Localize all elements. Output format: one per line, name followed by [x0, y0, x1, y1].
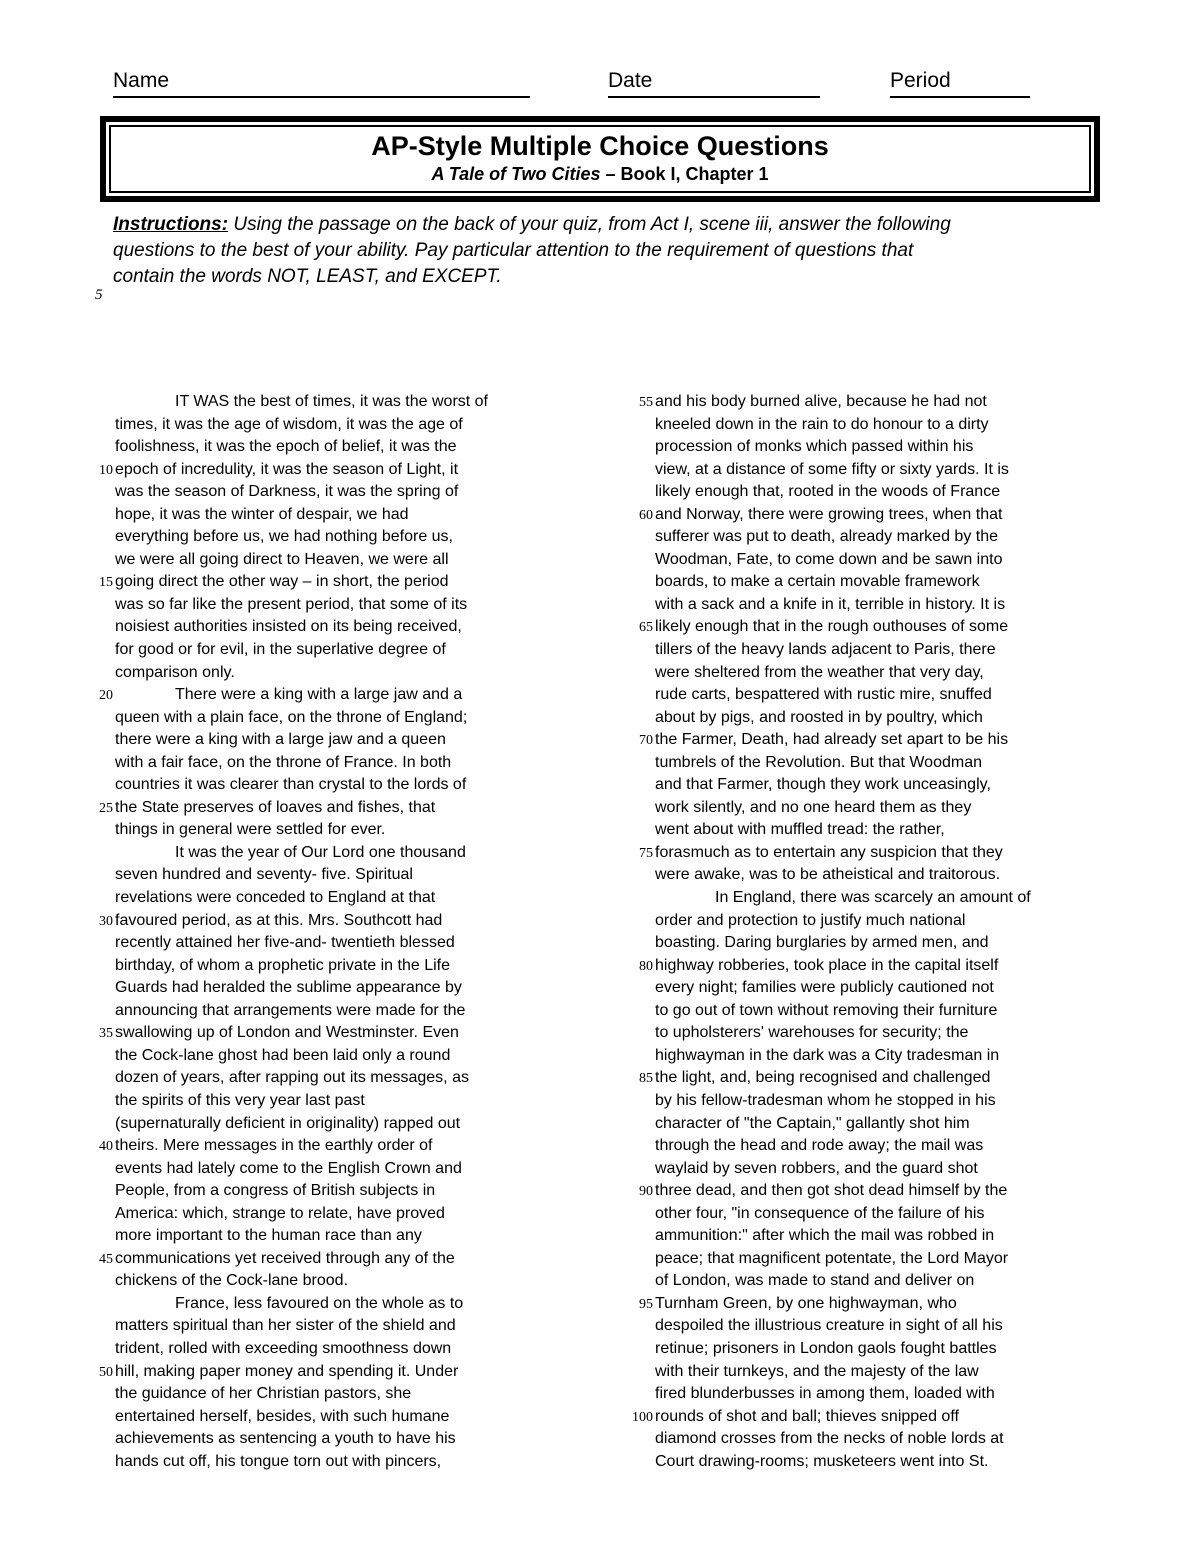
passage-line: character of "the Captain," gallantly sh… — [655, 1113, 1125, 1136]
passage-line-text: birthday, of whom a prophetic private in… — [115, 957, 450, 974]
passage-line: It was the year of Our Lord one thousand — [115, 842, 585, 865]
passage-line-text: and Norway, there were growing trees, wh… — [655, 506, 1002, 523]
passage-line-text: queen with a plain face, on the throne o… — [115, 709, 467, 726]
line-number: 30 — [99, 911, 113, 934]
passage-line: we were all going direct to Heaven, we w… — [115, 549, 585, 572]
passage-line: noisiest authorities insisted on its bei… — [115, 616, 585, 639]
passage-line-text: the guidance of her Christian pastors, s… — [115, 1385, 411, 1402]
passage-line: entertained herself, besides, with such … — [115, 1406, 585, 1429]
passage-line-text: procession of monks which passed within … — [655, 438, 973, 455]
passage-line: hope, it was the winter of despair, we h… — [115, 504, 585, 527]
passage-line: Court drawing-rooms; musketeers went int… — [655, 1451, 1125, 1474]
passage-line-text: theirs. Mere messages in the earthly ord… — [115, 1137, 432, 1154]
passage-line: order and protection to justify much nat… — [655, 910, 1125, 933]
passage-line: 10epoch of incredulity, it was the seaso… — [115, 459, 585, 482]
passage-line-text: with a sack and a knife in it, terrible … — [655, 596, 1005, 613]
passage-line: tillers of the heavy lands adjacent to P… — [655, 639, 1125, 662]
line-number: 100 — [632, 1407, 653, 1430]
passage-line: to go out of town without removing their… — [655, 1000, 1125, 1023]
passage-line-text: the State preserves of loaves and fishes… — [115, 799, 435, 816]
passage-line: went about with muffled tread: the rathe… — [655, 819, 1125, 842]
passage-line: about by pigs, and roosted in by poultry… — [655, 707, 1125, 730]
passage-line: by his fellow-tradesman whom he stopped … — [655, 1090, 1125, 1113]
passage-line: America: which, strange to relate, have … — [115, 1203, 585, 1226]
passage-line-text: trident, rolled with exceeding smoothnes… — [115, 1340, 451, 1357]
passage-line: the guidance of her Christian pastors, s… — [115, 1383, 585, 1406]
passage-line-text: through the head and rode away; the mail… — [655, 1137, 983, 1154]
line-number: 60 — [639, 505, 653, 528]
passage-line: with a fair face, on the throne of Franc… — [115, 752, 585, 775]
passage-line: matters spiritual than her sister of the… — [115, 1315, 585, 1338]
line-number: 65 — [639, 617, 653, 640]
passage-line-text: swallowing up of London and Westminster.… — [115, 1024, 459, 1041]
passage-line-text: noisiest authorities insisted on its bei… — [115, 618, 462, 635]
passage-line-text: epoch of incredulity, it was the season … — [115, 461, 458, 478]
passage-line: were awake, was to be atheistical and tr… — [655, 864, 1125, 887]
passage-line-text: America: which, strange to relate, have … — [115, 1205, 445, 1222]
line-number: 35 — [99, 1023, 113, 1046]
line-number: 95 — [639, 1294, 653, 1317]
passage-line-text: three dead, and then got shot dead himse… — [655, 1182, 1007, 1199]
passage-line: fired blunderbusses in among them, loade… — [655, 1383, 1125, 1406]
passage-line: 65likely enough that in the rough outhou… — [655, 616, 1125, 639]
passage-line: seven hundred and seventy- five. Spiritu… — [115, 864, 585, 887]
passage-line: to upholsterers' warehouses for security… — [655, 1022, 1125, 1045]
instructions-label: Instructions: — [113, 214, 228, 235]
line-number: 75 — [639, 843, 653, 866]
period-label: Period — [890, 69, 951, 93]
passage-line-text: the Cock-lane ghost had been laid only a… — [115, 1047, 450, 1064]
passage-line-text: other four, "in consequence of the failu… — [655, 1205, 984, 1222]
worksheet-page: Name Date Period AP-Style Multiple Choic… — [0, 0, 1200, 1553]
instructions-text-1: Using the passage on the back of your qu… — [228, 214, 951, 235]
passage-line: 75forasmuch as to entertain any suspicio… — [655, 842, 1125, 865]
passage-line: hands cut off, his tongue torn out with … — [115, 1451, 585, 1474]
passage-line-text: the light, and, being recognised and cha… — [655, 1069, 990, 1086]
passage-line: countries it was clearer than crystal to… — [115, 774, 585, 797]
passage-line-text: chickens of the Cock-lane brood. — [115, 1272, 348, 1289]
name-field[interactable]: Name — [113, 64, 530, 98]
passage-line-text: for good or for evil, in the superlative… — [115, 641, 446, 658]
passage-line: procession of monks which passed within … — [655, 436, 1125, 459]
worksheet-subtitle: A Tale of Two Cities – Book I, Chapter 1 — [111, 163, 1089, 186]
passage-line: chickens of the Cock-lane brood. — [115, 1270, 585, 1293]
passage-line-text: There were a king with a large jaw and a — [175, 686, 462, 703]
passage-line-text: every night; families were publicly caut… — [655, 979, 994, 996]
passage-line-text: to upholsterers' warehouses for security… — [655, 1024, 968, 1041]
passage-column-left: IT WAS the best of times, it was the wor… — [115, 391, 585, 1473]
passage-line-text: was so far like the present period, that… — [115, 596, 467, 613]
passage-line-text: hope, it was the winter of despair, we h… — [115, 506, 409, 523]
passage-line: 25the State preserves of loaves and fish… — [115, 797, 585, 820]
passage-line-text: matters spiritual than her sister of the… — [115, 1317, 456, 1334]
instructions-line-2: questions to the best of your ability. P… — [113, 238, 951, 264]
passage-line-text: dozen of years, after rapping out its me… — [115, 1069, 469, 1086]
passage-line: view, at a distance of some fifty or six… — [655, 459, 1125, 482]
passage-line: Guards had heralded the sublime appearan… — [115, 977, 585, 1000]
passage-line-text: hill, making paper money and spending it… — [115, 1363, 458, 1380]
passage-line-text: communications yet received through any … — [115, 1250, 455, 1267]
passage-line: 20There were a king with a large jaw and… — [115, 684, 585, 707]
passage-line-text: highwayman in the dark was a City trades… — [655, 1047, 999, 1064]
passage-line: 30favoured period, as at this. Mrs. Sout… — [115, 910, 585, 933]
passage-line: events had lately come to the English Cr… — [115, 1158, 585, 1181]
instructions: Instructions: Using the passage on the b… — [113, 212, 951, 290]
title-box: AP-Style Multiple Choice Questions A Tal… — [100, 116, 1100, 202]
passage-line-text: recently attained her five-and- twentiet… — [115, 934, 455, 951]
line-number: 55 — [639, 392, 653, 415]
passage-line-text: entertained herself, besides, with such … — [115, 1408, 449, 1425]
passage-line-text: It was the year of Our Lord one thousand — [175, 844, 466, 861]
period-field[interactable]: Period — [890, 64, 1030, 98]
passage-line-text: work silently, and no one heard them as … — [655, 799, 971, 816]
passage-line: 35swallowing up of London and Westminste… — [115, 1022, 585, 1045]
passage-line: with a sack and a knife in it, terrible … — [655, 594, 1125, 617]
passage-line: announcing that arrangements were made f… — [115, 1000, 585, 1023]
passage-line: peace; that magnificent potentate, the L… — [655, 1248, 1125, 1271]
passage-line: queen with a plain face, on the throne o… — [115, 707, 585, 730]
passage-line: trident, rolled with exceeding smoothnes… — [115, 1338, 585, 1361]
passage-line-text: order and protection to justify much nat… — [655, 912, 965, 929]
passage-line: despoiled the illustrious creature in si… — [655, 1315, 1125, 1338]
passage-line-text: kneeled down in the rain to do honour to… — [655, 416, 989, 433]
passage-line-text: view, at a distance of some fifty or six… — [655, 461, 1009, 478]
line-number: 70 — [639, 730, 653, 753]
passage-line-text: went about with muffled tread: the rathe… — [655, 821, 945, 838]
line-number: 15 — [99, 572, 113, 595]
passage-line-text: tillers of the heavy lands adjacent to P… — [655, 641, 996, 658]
passage-line-text: Turnham Green, by one highwayman, who — [655, 1295, 957, 1312]
passage-line: IT WAS the best of times, it was the wor… — [115, 391, 585, 414]
line-number: 10 — [99, 460, 113, 483]
passage-line: the spirits of this very year last past — [115, 1090, 585, 1113]
passage-line-text: forasmuch as to entertain any suspicion … — [655, 844, 1003, 861]
passage-line-text: going direct the other way – in short, t… — [115, 573, 449, 590]
passage-line-text: sufferer was put to death, already marke… — [655, 528, 998, 545]
passage-line: and that Farmer, though they work unceas… — [655, 774, 1125, 797]
passage-line-text: Court drawing-rooms; musketeers went int… — [655, 1453, 988, 1470]
passage-line: Woodman, Fate, to come down and be sawn … — [655, 549, 1125, 572]
passage-line: recently attained her five-and- twentiet… — [115, 932, 585, 955]
passage-line-text: we were all going direct to Heaven, we w… — [115, 551, 449, 568]
date-field[interactable]: Date — [608, 64, 820, 98]
passage-line: of London, was made to stand and deliver… — [655, 1270, 1125, 1293]
passage-line: there were a king with a large jaw and a… — [115, 729, 585, 752]
passage-line-text: comparison only. — [115, 664, 235, 681]
passage-line-text: hands cut off, his tongue torn out with … — [115, 1453, 441, 1470]
passage-line: the Cock-lane ghost had been laid only a… — [115, 1045, 585, 1068]
line-number: 20 — [99, 685, 113, 708]
passage-line: dozen of years, after rapping out its me… — [115, 1067, 585, 1090]
passage-line-text: about by pigs, and roosted in by poultry… — [655, 709, 983, 726]
passage-line: 15going direct the other way – in short,… — [115, 571, 585, 594]
passage-line-text: boasting. Daring burglaries by armed men… — [655, 934, 989, 951]
passage-line: People, from a congress of British subje… — [115, 1180, 585, 1203]
passage-line: 80highway robberies, took place in the c… — [655, 955, 1125, 978]
passage-line-text: seven hundred and seventy- five. Spiritu… — [115, 866, 413, 883]
passage-line: 95Turnham Green, by one highwayman, who — [655, 1293, 1125, 1316]
passage-line: with their turnkeys, and the majesty of … — [655, 1361, 1125, 1384]
passage-line-text: France, less favoured on the whole as to — [175, 1295, 463, 1312]
passage-line-text: times, it was the age of wisdom, it was … — [115, 416, 463, 433]
passage-line: foolishness, it was the epoch of belief,… — [115, 436, 585, 459]
passage-line: (supernaturally deficient in originality… — [115, 1113, 585, 1136]
passage-line-text: more important to the human race than an… — [115, 1227, 422, 1244]
passage-line-text: announcing that arrangements were made f… — [115, 1002, 465, 1019]
passage-line-text: achievements as sentencing a youth to ha… — [115, 1430, 456, 1447]
passage-line-text: Woodman, Fate, to come down and be sawn … — [655, 551, 1002, 568]
passage-line: 45communications yet received through an… — [115, 1248, 585, 1271]
passage-line: through the head and rode away; the mail… — [655, 1135, 1125, 1158]
passage-line-text: despoiled the illustrious creature in si… — [655, 1317, 1003, 1334]
passage-line-text: ammunition:" after which the mail was ro… — [655, 1227, 994, 1244]
passage-line-text: of London, was made to stand and deliver… — [655, 1272, 974, 1289]
passage-line-text: events had lately come to the English Cr… — [115, 1160, 462, 1177]
passage-line: 50hill, making paper money and spending … — [115, 1361, 585, 1384]
passage-line-text: fired blunderbusses in among them, loade… — [655, 1385, 995, 1402]
passage-line-text: retinue; prisoners in London gaols fough… — [655, 1340, 997, 1357]
passage-line: 85the light, and, being recognised and c… — [655, 1067, 1125, 1090]
instructions-line-1: Instructions: Using the passage on the b… — [113, 212, 951, 238]
passage-line: rude carts, bespattered with rustic mire… — [655, 684, 1125, 707]
passage-line: diamond crosses from the necks of noble … — [655, 1428, 1125, 1451]
line-number: 25 — [99, 798, 113, 821]
line-number: 50 — [99, 1362, 113, 1385]
passage-line: tumbrels of the Revolution. But that Woo… — [655, 752, 1125, 775]
passage-line-text: and that Farmer, though they work unceas… — [655, 776, 991, 793]
passage-line: 70the Farmer, Death, had already set apa… — [655, 729, 1125, 752]
passage-line: was so far like the present period, that… — [115, 594, 585, 617]
passage-line: were sheltered from the weather that ver… — [655, 662, 1125, 685]
title-box-inner: AP-Style Multiple Choice Questions A Tal… — [109, 125, 1091, 193]
passage-line: In England, there was scarcely an amount… — [655, 887, 1125, 910]
passage-line: retinue; prisoners in London gaols fough… — [655, 1338, 1125, 1361]
passage-line-text: the Farmer, Death, had already set apart… — [655, 731, 1008, 748]
passage-line: 55and his body burned alive, because he … — [655, 391, 1125, 414]
passage-line-text: was the season of Darkness, it was the s… — [115, 483, 458, 500]
passage-line: things in general were settled for ever. — [115, 819, 585, 842]
line-number-5: 5 — [95, 287, 103, 304]
passage-line-text: everything before us, we had nothing bef… — [115, 528, 453, 545]
passage-line-text: diamond crosses from the necks of noble … — [655, 1430, 1004, 1447]
line-number: 80 — [639, 956, 653, 979]
line-number: 90 — [639, 1181, 653, 1204]
passage-line: revelations were conceded to England at … — [115, 887, 585, 910]
passage-line: 40theirs. Mere messages in the earthly o… — [115, 1135, 585, 1158]
book-title: A Tale of Two Cities — [431, 164, 600, 184]
passage-line-text: and his body burned alive, because he ha… — [655, 393, 987, 410]
passage-line-text: things in general were settled for ever. — [115, 821, 385, 838]
passage-line-text: countries it was clearer than crystal to… — [115, 776, 466, 793]
passage-line-text: People, from a congress of British subje… — [115, 1182, 435, 1199]
passage-line: work silently, and no one heard them as … — [655, 797, 1125, 820]
passage-line: France, less favoured on the whole as to — [115, 1293, 585, 1316]
passage-column-right: 55and his body burned alive, because he … — [655, 391, 1125, 1473]
passage-line: highwayman in the dark was a City trades… — [655, 1045, 1125, 1068]
passage-line-text: IT WAS the best of times, it was the wor… — [175, 393, 488, 410]
passage-line: likely enough that, rooted in the woods … — [655, 481, 1125, 504]
date-label: Date — [608, 69, 652, 93]
passage-line-text: favoured period, as at this. Mrs. Southc… — [115, 912, 442, 929]
passage-line: boards, to make a certain movable framew… — [655, 571, 1125, 594]
line-number: 40 — [99, 1136, 113, 1159]
passage-line: 90three dead, and then got shot dead him… — [655, 1180, 1125, 1203]
passage-line-text: rude carts, bespattered with rustic mire… — [655, 686, 992, 703]
passage-line: achievements as sentencing a youth to ha… — [115, 1428, 585, 1451]
passage-line: everything before us, we had nothing bef… — [115, 526, 585, 549]
passage-line-text: with their turnkeys, and the majesty of … — [655, 1363, 979, 1380]
passage-line-text: highway robberies, took place in the cap… — [655, 957, 998, 974]
passage-line-text: waylaid by seven robbers, and the guard … — [655, 1160, 978, 1177]
passage-line: times, it was the age of wisdom, it was … — [115, 414, 585, 437]
passage-line-text: foolishness, it was the epoch of belief,… — [115, 438, 457, 455]
name-label: Name — [113, 69, 169, 93]
passage-line-text: likely enough that in the rough outhouse… — [655, 618, 1008, 635]
passage-line-text: likely enough that, rooted in the woods … — [655, 483, 1000, 500]
passage-line-text: rounds of shot and ball; thieves snipped… — [655, 1408, 959, 1425]
passage-line: was the season of Darkness, it was the s… — [115, 481, 585, 504]
instructions-line-3: contain the words NOT, LEAST, and EXCEPT… — [113, 264, 951, 290]
passage-line: ammunition:" after which the mail was ro… — [655, 1225, 1125, 1248]
passage-line: birthday, of whom a prophetic private in… — [115, 955, 585, 978]
passage-line-text: there were a king with a large jaw and a… — [115, 731, 446, 748]
passage-line-text: by his fellow-tradesman whom he stopped … — [655, 1092, 996, 1109]
line-number: 85 — [639, 1068, 653, 1091]
passage-line: waylaid by seven robbers, and the guard … — [655, 1158, 1125, 1181]
passage-line-text: boards, to make a certain movable framew… — [655, 573, 980, 590]
worksheet-title: AP-Style Multiple Choice Questions — [111, 130, 1089, 163]
passage-line-text: peace; that magnificent potentate, the L… — [655, 1250, 1008, 1267]
passage-line: other four, "in consequence of the failu… — [655, 1203, 1125, 1226]
passage-line-text: were awake, was to be atheistical and tr… — [655, 866, 1000, 883]
passage-line: 100rounds of shot and ball; thieves snip… — [655, 1406, 1125, 1429]
passage-line-text: to go out of town without removing their… — [655, 1002, 997, 1019]
passage-line: more important to the human race than an… — [115, 1225, 585, 1248]
passage-line-text: (supernaturally deficient in originality… — [115, 1115, 460, 1132]
passage-line: comparison only. — [115, 662, 585, 685]
passage-line: for good or for evil, in the superlative… — [115, 639, 585, 662]
chapter-label: – Book I, Chapter 1 — [600, 164, 768, 184]
passage-line: 60and Norway, there were growing trees, … — [655, 504, 1125, 527]
passage-line-text: with a fair face, on the throne of Franc… — [115, 754, 451, 771]
passage-line-text: character of "the Captain," gallantly sh… — [655, 1115, 970, 1132]
passage-line: sufferer was put to death, already marke… — [655, 526, 1125, 549]
passage-line-text: Guards had heralded the sublime appearan… — [115, 979, 462, 996]
line-number: 45 — [99, 1249, 113, 1272]
passage-line-text: In England, there was scarcely an amount… — [715, 889, 1031, 906]
passage-line-text: revelations were conceded to England at … — [115, 889, 435, 906]
passage-line-text: tumbrels of the Revolution. But that Woo… — [655, 754, 982, 771]
passage-line: boasting. Daring burglaries by armed men… — [655, 932, 1125, 955]
passage-line: every night; families were publicly caut… — [655, 977, 1125, 1000]
passage-line-text: were sheltered from the weather that ver… — [655, 664, 984, 681]
passage-line: kneeled down in the rain to do honour to… — [655, 414, 1125, 437]
passage-line-text: the spirits of this very year last past — [115, 1092, 365, 1109]
